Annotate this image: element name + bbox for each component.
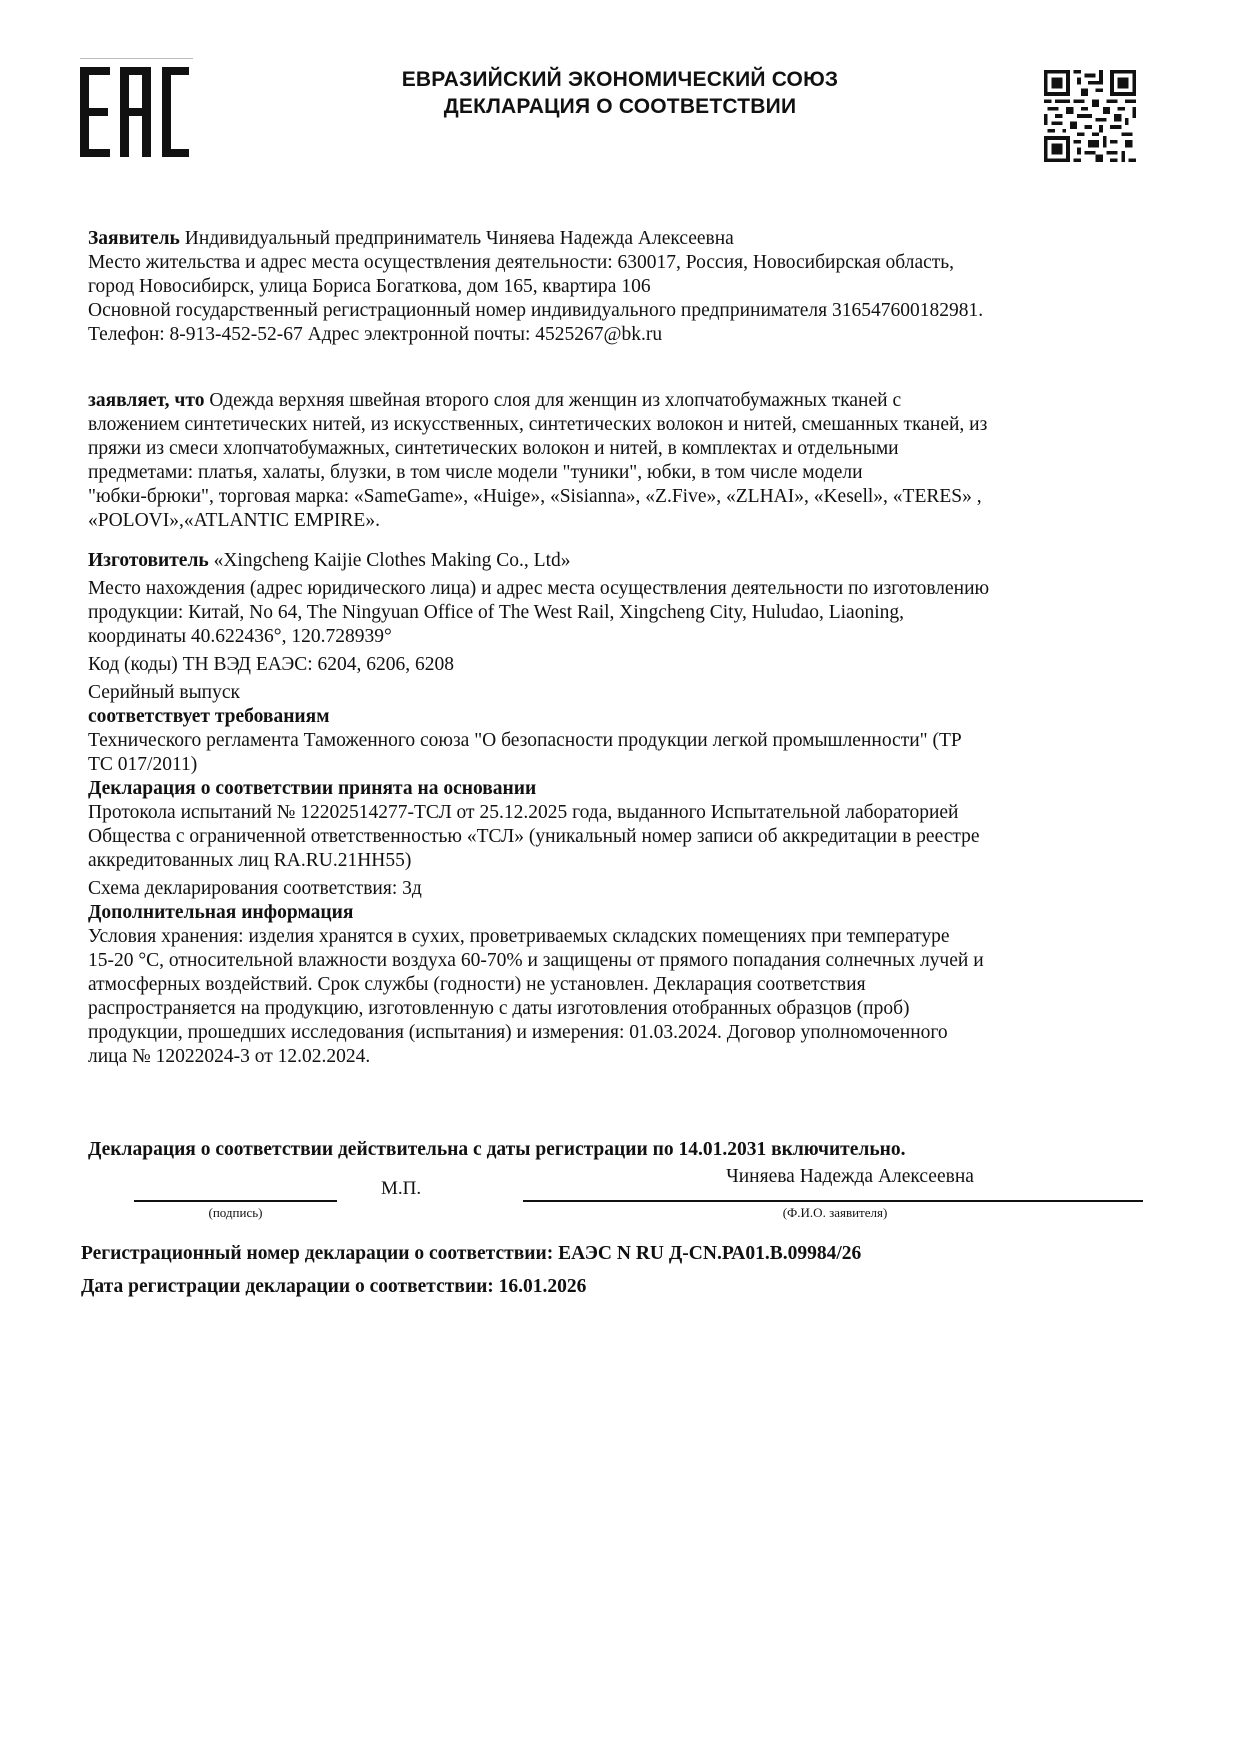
signature-caption: (подпись) [134, 1205, 337, 1221]
additional-info-label: Дополнительная информация [88, 901, 1168, 925]
registration-number: ЕАЭС N RU Д-CN.РА01.В.09984/26 [558, 1243, 861, 1264]
applicant-address-line1: Место жительства и адрес места осуществл… [88, 251, 1168, 275]
additional-line1: Условия хранения: изделия хранятся в сух… [88, 925, 1168, 949]
requirements-label: соответствует требованиям [88, 705, 1168, 729]
qr-code-icon [1044, 70, 1136, 162]
additional-line3: атмосферных воздействий. Срок службы (го… [88, 973, 1168, 997]
declares-line1: Одежда верхняя швейная второго слоя для … [205, 390, 902, 411]
manufacturer-name: «Xingcheng Kaijie Clothes Making Co., Lt… [209, 550, 571, 571]
declares-line2: вложением синтетических нитей, из искусс… [88, 413, 1168, 437]
declares-line5: "юбки-брюки", торговая марка: «SameGame»… [88, 485, 1168, 509]
document-header: ЕВРАЗИЙСКИЙ ЭКОНОМИЧЕСКИЙ СОЮЗ ДЕКЛАРАЦИ… [260, 66, 980, 120]
registration-number-label: Регистрационный номер декларации о соотв… [81, 1243, 558, 1264]
basis-line1: Протокола испытаний № 12202514277-ТСЛ от… [88, 801, 1168, 825]
production-type: Серийный выпуск [88, 681, 1168, 705]
declares-line6: «POLOVI»,«ATLANTIC EMPIRE». [88, 509, 1168, 533]
eac-mark-icon [80, 58, 193, 163]
validity-statement: Декларация о соответствии действительна … [88, 1139, 906, 1161]
basis-line2: Общества с ограниченной ответственностью… [88, 825, 1168, 849]
applicant-ogrn: Основной государственный регистрационный… [88, 299, 1168, 323]
signature-line [134, 1200, 337, 1202]
applicant-address-line2: город Новосибирск, улица Бориса Богатков… [88, 275, 1168, 299]
registration-date: 16.01.2026 [499, 1276, 587, 1297]
registration-number-row: Регистрационный номер декларации о соотв… [81, 1243, 861, 1265]
applicant-fio: Чиняева Надежда Алексеевна [650, 1166, 1050, 1188]
manufacturer-address-line2: продукции: Китай, No 64, The Ningyuan Of… [88, 601, 1168, 625]
registration-date-row: Дата регистрации декларации о соответств… [81, 1276, 586, 1298]
declares-label: заявляет, что [88, 390, 205, 411]
requirements-line1: Технического регламента Таможенного союз… [88, 729, 1168, 753]
additional-line5: продукции, прошедших исследования (испыт… [88, 1021, 1168, 1045]
declares-line4: предметами: платья, халаты, блузки, в то… [88, 461, 1168, 485]
additional-line4: распространяется на продукцию, изготовле… [88, 997, 1168, 1021]
tn-ved-codes: Код (коды) ТН ВЭД ЕАЭС: 6204, 6206, 6208 [88, 653, 1168, 677]
additional-line2: 15-20 °С, относительной влажности воздух… [88, 949, 1168, 973]
declaration-scheme: Схема декларирования соответствия: 3д [88, 877, 1168, 901]
applicant-section: Заявитель Индивидуальный предприниматель… [88, 227, 1168, 347]
registration-date-label: Дата регистрации декларации о соответств… [81, 1276, 499, 1297]
manufacturer-label: Изготовитель [88, 550, 209, 571]
applicant-name: Индивидуальный предприниматель Чиняева Н… [180, 228, 734, 249]
basis-line3: аккредитованных лиц RA.RU.21HH55) [88, 849, 1168, 873]
basis-label: Декларация о соответствии принята на осн… [88, 777, 1168, 801]
manufacturer-address-line1: Место нахождения (адрес юридического лиц… [88, 577, 1168, 601]
declares-line3: пряжи из смеси хлопчатобумажных, синтети… [88, 437, 1168, 461]
fio-line [523, 1200, 1143, 1202]
applicant-label: Заявитель [88, 228, 180, 249]
manufacturer-section: Изготовитель «Xingcheng Kaijie Clothes M… [88, 549, 1168, 1069]
fio-caption: (Ф.И.О. заявителя) [650, 1205, 1020, 1221]
declares-section: заявляет, что Одежда верхняя швейная вто… [88, 389, 1168, 533]
header-union-title: ЕВРАЗИЙСКИЙ ЭКОНОМИЧЕСКИЙ СОЮЗ [260, 66, 980, 93]
requirements-line2: ТС 017/2011) [88, 753, 1168, 777]
additional-line6: лица № 12022024-3 от 12.02.2024. [88, 1045, 1168, 1069]
applicant-contacts: Телефон: 8-913-452-52-67 Адрес электронн… [88, 323, 1168, 347]
header-declaration-title: ДЕКЛАРАЦИЯ О СООТВЕТСТВИИ [260, 93, 980, 120]
stamp-placeholder: М.П. [381, 1178, 421, 1200]
manufacturer-coordinates: координаты 40.622436°, 120.728939° [88, 625, 1168, 649]
